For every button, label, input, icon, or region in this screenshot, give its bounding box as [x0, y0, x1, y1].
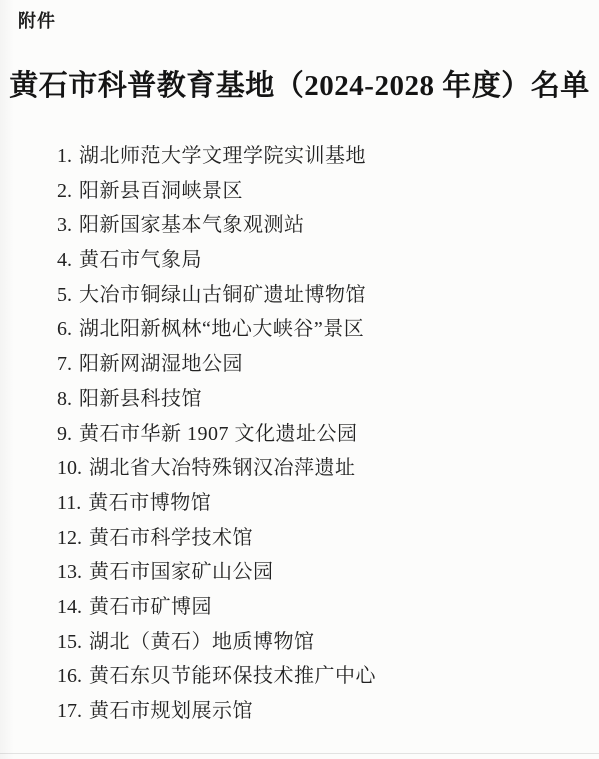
item-text: 黄石东贝节能环保技术推广中心: [89, 665, 376, 687]
item-text: 大冶市铜绿山古铜矿遗址博物馆: [79, 284, 366, 306]
list-item: 7.阳新网湖湿地公园: [57, 347, 579, 382]
item-text: 阳新县科技馆: [79, 388, 202, 410]
list-item: 2.阳新县百洞峡景区: [57, 174, 579, 209]
item-text: 黄石市气象局: [79, 249, 202, 271]
item-text: 黄石市科学技术馆: [89, 527, 253, 549]
item-number: 11.: [57, 486, 81, 521]
list-item: 17.黄石市规划展示馆: [57, 694, 579, 729]
item-text: 黄石市规划展示馆: [89, 700, 253, 722]
item-number: 16.: [57, 659, 82, 694]
item-number: 12.: [57, 521, 82, 556]
list-item: 6.湖北阳新枫林“地心大峡谷”景区: [57, 312, 579, 347]
item-number: 14.: [57, 590, 82, 625]
item-text: 黄石市国家矿山公园: [89, 561, 274, 583]
item-number: 8.: [57, 382, 72, 417]
item-number: 2.: [57, 174, 72, 209]
list-item: 15.湖北（黄石）地质博物馆: [57, 625, 579, 660]
item-number: 13.: [57, 555, 82, 590]
list-item: 11.黄石市博物馆: [57, 486, 579, 521]
list-item: 13.黄石市国家矿山公园: [57, 555, 579, 590]
list-item: 3.阳新国家基本气象观测站: [57, 208, 579, 243]
item-text: 湖北阳新枫林“地心大峡谷”景区: [79, 318, 364, 340]
document-page: 附件 黄石市科普教育基地（2024-2028 年度）名单 1.湖北师范大学文理学…: [0, 0, 599, 759]
base-list: 1.湖北师范大学文理学院实训基地 2.阳新县百洞峡景区 3.阳新国家基本气象观测…: [57, 139, 579, 729]
list-item: 5.大冶市铜绿山古铜矿遗址博物馆: [57, 278, 579, 313]
list-item: 8.阳新县科技馆: [57, 382, 579, 417]
scan-edge-artifact: [0, 753, 599, 754]
item-number: 15.: [57, 625, 82, 660]
item-number: 10.: [57, 451, 82, 486]
list-item: 4.黄石市气象局: [57, 243, 579, 278]
item-text: 湖北（黄石）地质博物馆: [89, 631, 315, 653]
item-number: 9.: [57, 417, 72, 452]
list-item: 1.湖北师范大学文理学院实训基地: [57, 139, 579, 174]
list-item: 9.黄石市华新 1907 文化遗址公园: [57, 417, 579, 452]
item-text: 黄石市华新 1907 文化遗址公园: [79, 423, 358, 445]
item-number: 4.: [57, 243, 72, 278]
item-number: 6.: [57, 312, 72, 347]
item-number: 3.: [57, 208, 72, 243]
attachment-label: 附件: [18, 7, 56, 33]
list-item: 10.湖北省大冶特殊钢汉冶萍遗址: [57, 451, 579, 486]
item-number: 7.: [57, 347, 72, 382]
item-text: 黄石市博物馆: [88, 492, 211, 514]
item-text: 阳新网湖湿地公园: [79, 353, 243, 375]
list-item: 12.黄石市科学技术馆: [57, 521, 579, 556]
page-title: 黄石市科普教育基地（2024-2028 年度）名单: [0, 63, 599, 104]
item-number: 17.: [57, 694, 82, 729]
item-text: 阳新县百洞峡景区: [79, 180, 243, 202]
item-number: 5.: [57, 278, 72, 313]
item-text: 湖北师范大学文理学院实训基地: [79, 145, 366, 167]
list-item: 16.黄石东贝节能环保技术推广中心: [57, 659, 579, 694]
list-item: 14.黄石市矿博园: [57, 590, 579, 625]
item-text: 黄石市矿博园: [89, 596, 212, 618]
item-text: 湖北省大冶特殊钢汉冶萍遗址: [89, 457, 356, 479]
item-number: 1.: [57, 139, 72, 174]
item-text: 阳新国家基本气象观测站: [79, 214, 305, 236]
